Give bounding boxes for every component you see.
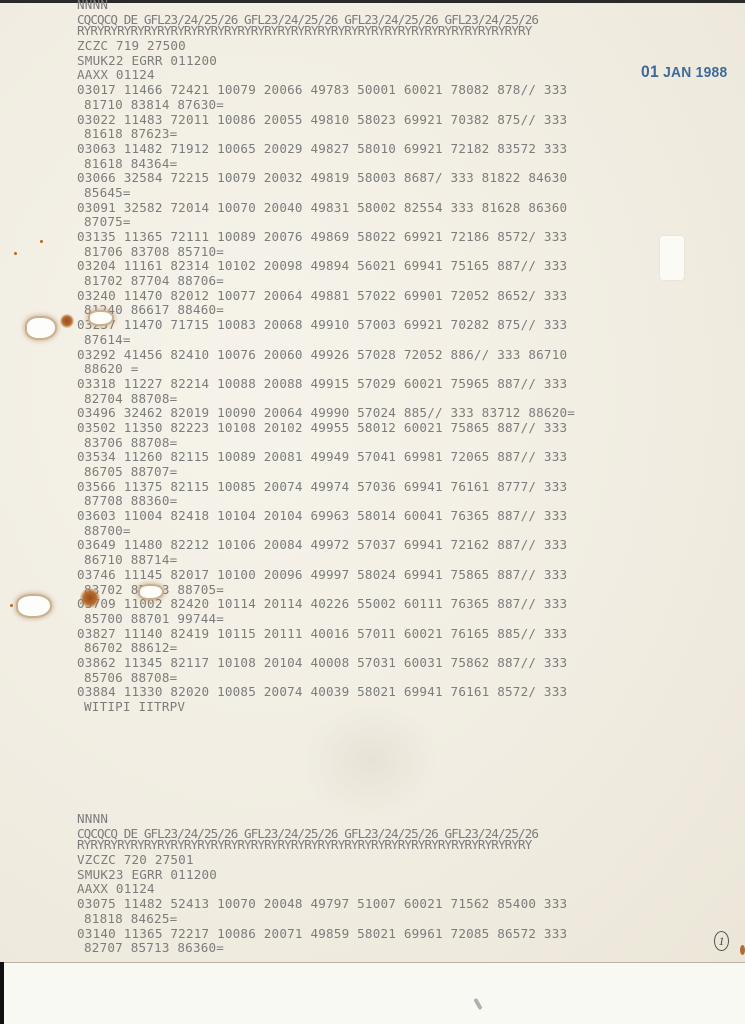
teletype-line: 03075 11482 52413 10070 20048 49797 5100… xyxy=(77,897,567,912)
burn-hole xyxy=(90,312,112,324)
synop-continuation-line: 86702 88612= xyxy=(77,641,575,656)
teletype-line: AAXX 01124 xyxy=(77,68,575,83)
burn-hole xyxy=(27,318,55,338)
teletype-line: 03063 11482 71912 10065 20029 49827 5801… xyxy=(77,142,575,157)
scan-speck xyxy=(473,998,482,1010)
scorch-mark xyxy=(60,314,74,328)
burn-hole xyxy=(140,586,162,598)
synop-continuation-line: 81702 87704 88706= xyxy=(77,274,575,289)
teletype-line: RYRYRYRYRYRYRYRYRYRYRYRYRYRYRYRYRYRYRYRY… xyxy=(77,838,567,853)
date-stamp: 01 JAN 1988 xyxy=(641,62,727,82)
teletype-line: 03566 11375 82115 10085 20074 49974 5703… xyxy=(77,480,575,495)
teletype-line: 03496 32462 82019 10090 20064 49990 5702… xyxy=(77,406,575,421)
teletype-line: 03292 41456 82410 10076 20060 49926 5702… xyxy=(77,348,575,363)
date-stamp-day: 01 xyxy=(641,62,659,81)
teletype-line: 03649 11480 82212 10106 20084 49972 5703… xyxy=(77,538,575,553)
teletype-line: 03603 11004 82418 10104 20104 69963 5801… xyxy=(77,509,575,524)
teletype-line: SMUK23 EGRR 011200 xyxy=(77,868,567,883)
synop-continuation-line: 81618 87623= xyxy=(77,127,575,142)
teletype-line: 03204 11161 82314 10102 20098 49894 5602… xyxy=(77,259,575,274)
teletype-line: 03862 11345 82117 10108 20104 40008 5703… xyxy=(77,656,575,671)
synop-continuation-line: 86710 88714= xyxy=(77,553,575,568)
synop-continuation-line: 85700 88701 99744= xyxy=(77,612,575,627)
teletype-line: 03709 11002 82420 10114 20114 40226 5500… xyxy=(77,597,575,612)
synop-continuation-line: 85645= xyxy=(77,186,575,201)
scorch-speck xyxy=(740,945,745,955)
synop-continuation-line: 87614= xyxy=(77,333,575,348)
date-stamp-year: 1988 xyxy=(696,64,728,81)
teletype-line: NNNN xyxy=(77,0,575,13)
teletype-line: 03534 11260 82115 10089 20081 49949 5704… xyxy=(77,450,575,465)
synop-continuation-line: 86705 88707= xyxy=(77,465,575,480)
synop-continuation-line: 81618 84364= xyxy=(77,157,575,172)
scorch-mark xyxy=(80,588,100,608)
synop-continuation-line: 87708 88360= xyxy=(77,494,575,509)
burn-hole xyxy=(18,596,50,616)
synop-continuation-line: 81710 83814 87630= xyxy=(77,98,575,113)
page-number-circled: 1 xyxy=(714,931,729,951)
teletype-line: 03135 11365 72111 10089 20076 49869 5802… xyxy=(77,230,575,245)
scorch-speck xyxy=(14,252,17,255)
teletype-line: 03017 11466 72421 10079 20066 49783 5000… xyxy=(77,83,575,98)
paper-smudge xyxy=(300,700,440,820)
teletype-line: 03091 32582 72014 10070 20040 49831 5800… xyxy=(77,201,575,216)
date-stamp-month: JAN xyxy=(663,64,691,81)
teletype-line: 03318 11227 82214 10088 20088 49915 5702… xyxy=(77,377,575,392)
bulletin-2: NNNNCQCQCQ DE GFL23/24/25/26 GFL23/24/25… xyxy=(77,812,567,956)
scorch-speck xyxy=(10,604,13,607)
bulletin-1: NNNNCQCQCQ DE GFL23/24/25/26 GFL23/24/25… xyxy=(77,0,575,715)
synop-continuation-line: 82707 85713 86360= xyxy=(77,941,567,956)
synop-continuation-line: WITIPI IITRPV xyxy=(77,700,575,715)
teletype-line: NNNN xyxy=(77,812,567,827)
teletype-line: ZCZC 719 27500 xyxy=(77,39,575,54)
teletype-line: 03066 32584 72215 10079 20032 49819 5800… xyxy=(77,171,575,186)
teletype-line: VZCZC 720 27501 xyxy=(77,853,567,868)
teletype-line: 03502 11350 82223 10108 20102 49955 5801… xyxy=(77,421,575,436)
teletype-printout-page: NNNNCQCQCQ DE GFL23/24/25/26 GFL23/24/25… xyxy=(0,0,745,963)
synop-continuation-line: 81818 84625= xyxy=(77,912,567,927)
synop-continuation-line: 88700= xyxy=(77,524,575,539)
teletype-line: 03240 11470 82012 10077 20064 49881 5702… xyxy=(77,289,575,304)
teletype-line: AAXX 01124 xyxy=(77,882,567,897)
synop-continuation-line: 87075= xyxy=(77,215,575,230)
paper-tab-mark xyxy=(660,236,684,280)
synop-continuation-line: 81706 83708 85710= xyxy=(77,245,575,260)
synop-continuation-line: 83706 88708= xyxy=(77,436,575,451)
scorch-speck xyxy=(40,240,43,243)
synop-continuation-line: 85706 88708= xyxy=(77,671,575,686)
synop-continuation-line: 82704 88708= xyxy=(77,392,575,407)
teletype-line: RYRYRYRYRYRYRYRYRYRYRYRYRYRYRYRYRYRYRYRY… xyxy=(77,24,575,39)
teletype-line: 03746 11145 82017 10100 20096 49997 5802… xyxy=(77,568,575,583)
teletype-line: SMUK22 EGRR 011200 xyxy=(77,54,575,69)
synop-continuation-line: 81240 86617 88460= xyxy=(77,303,575,318)
scan-left-edge xyxy=(0,962,4,1024)
teletype-line: 03884 11330 82020 10085 20074 40039 5802… xyxy=(77,685,575,700)
teletype-line: 03827 11140 82419 10115 20111 40016 5701… xyxy=(77,627,575,642)
synop-continuation-line: 88620 = xyxy=(77,362,575,377)
teletype-line: 03140 11365 72217 10086 20071 49859 5802… xyxy=(77,927,567,942)
teletype-line: 03257 11470 71715 10083 20068 49910 5700… xyxy=(77,318,575,333)
teletype-line: 03022 11483 72011 10086 20055 49810 5802… xyxy=(77,113,575,128)
